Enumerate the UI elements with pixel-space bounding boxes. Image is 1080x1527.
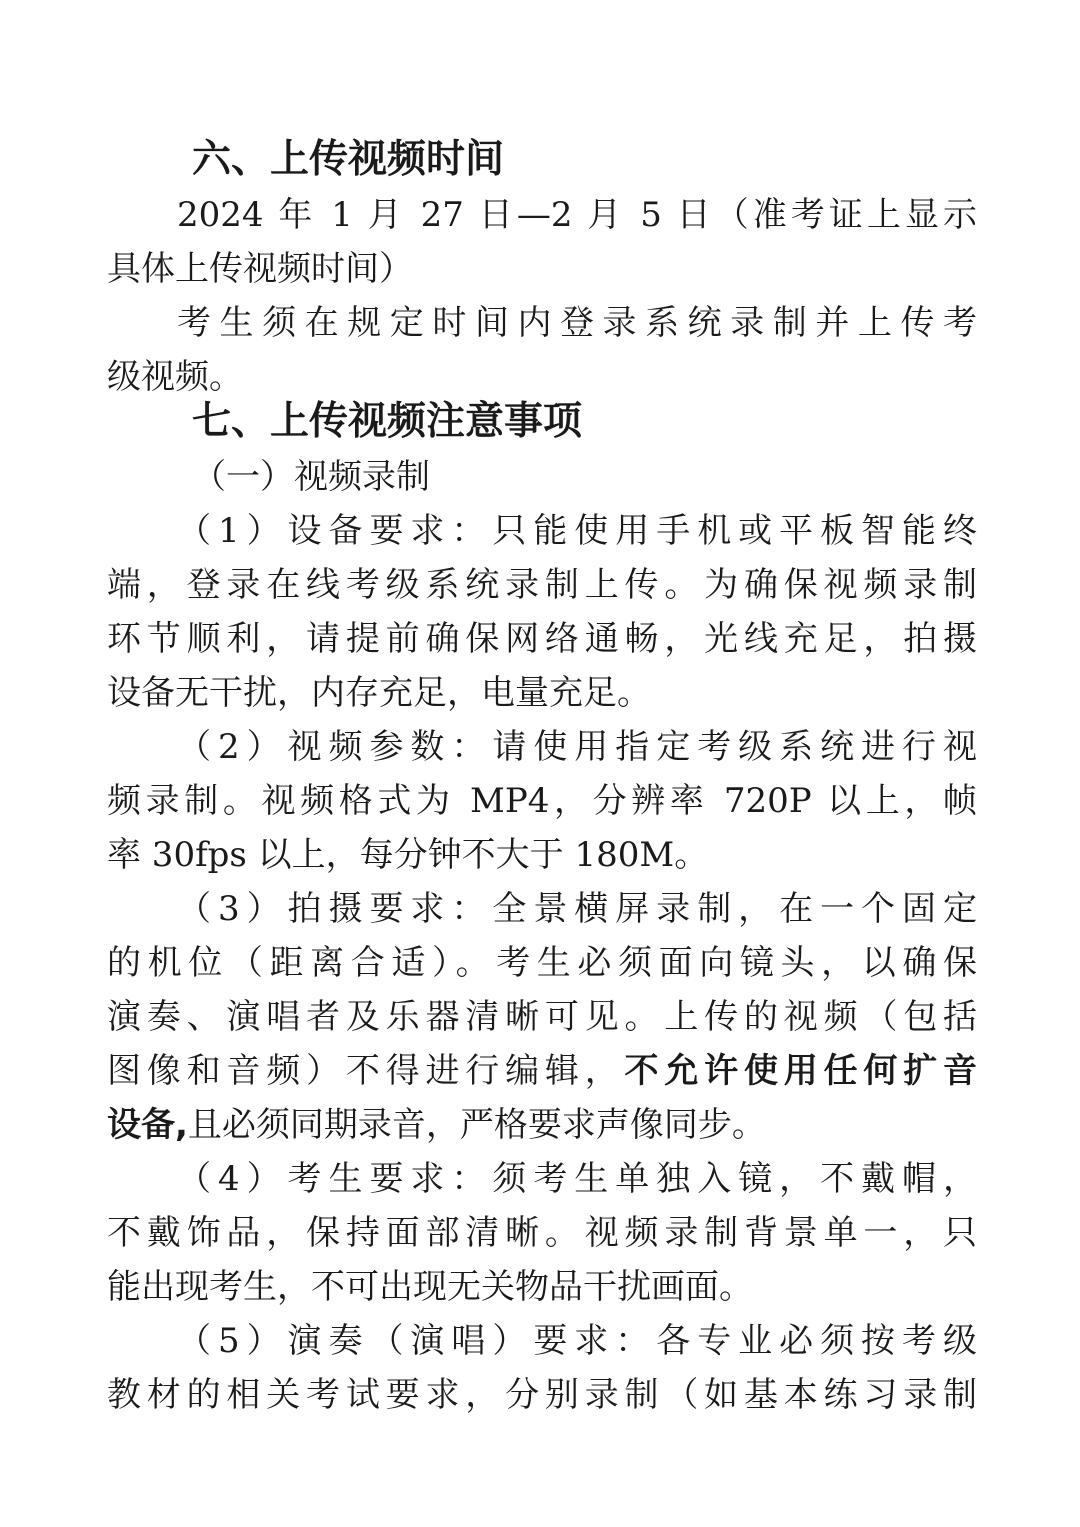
normal-text: 且必须同期录音，严格要求声像同步。	[188, 1105, 766, 1145]
paragraph-line: （4）考生要求：须考生单独入镜，不戴帽，	[107, 1152, 977, 1206]
paragraph-line: 不戴饰品，保持面部清晰。视频录制背景单一，只	[107, 1206, 977, 1260]
paragraph-line: （3）拍摄要求：全景横屏录制，在一个固定	[107, 882, 977, 936]
paragraph-line: 考生须在规定时间内登录系统录制并上传考	[107, 296, 977, 350]
paragraph-line: 频录制。视频格式为 MP4，分辨率 720P 以上，帧	[107, 774, 977, 828]
paragraph-line: 的机位（距离合适）。考生必须面向镜头，以确保	[107, 936, 977, 990]
paragraph-line: 设备无干扰，内存充足，电量充足。	[107, 666, 977, 720]
paragraph-line: 2024 年 1 月 27 日—2 月 5 日（准考证上显示	[107, 188, 977, 242]
paragraph-line: 演奏、演唱者及乐器清晰可见。上传的视频（包括	[107, 990, 977, 1044]
paragraph-line: 端，登录在线考级系统录制上传。为确保视频录制	[107, 558, 977, 612]
subsection-heading: （一）视频录制	[107, 450, 992, 504]
paragraph-line: 图像和音频）不得进行编辑，不允许使用任何扩音	[107, 1044, 977, 1098]
section-6-heading: 六、上传视频时间	[192, 132, 504, 188]
normal-text: 图像和音频）不得进行编辑，	[107, 1051, 625, 1091]
section-7-heading: 七、上传视频注意事项	[192, 394, 582, 450]
bold-emphasis: 不允许使用任何扩音	[625, 1051, 977, 1091]
paragraph-line: （2）视频参数：请使用指定考级系统进行视	[107, 720, 977, 774]
paragraph-line: 设备,且必须同期录音，严格要求声像同步。	[107, 1098, 977, 1152]
paragraph-line: 具体上传视频时间）	[107, 242, 977, 296]
paragraph-line: 率 30fps 以上，每分钟不大于 180M。	[107, 828, 977, 882]
paragraph-line: 教材的相关考试要求，分别录制（如基本练习录制	[107, 1368, 977, 1422]
bold-emphasis: 设备,	[107, 1105, 188, 1145]
paragraph-line: 环节顺利，请提前确保网络通畅，光线充足，拍摄	[107, 612, 977, 666]
paragraph-line: （5）演奏（演唱）要求：各专业必须按考级	[107, 1314, 977, 1368]
paragraph-line: 能出现考生，不可出现无关物品干扰画面。	[107, 1260, 977, 1314]
paragraph-line: （1）设备要求：只能使用手机或平板智能终	[107, 504, 977, 558]
